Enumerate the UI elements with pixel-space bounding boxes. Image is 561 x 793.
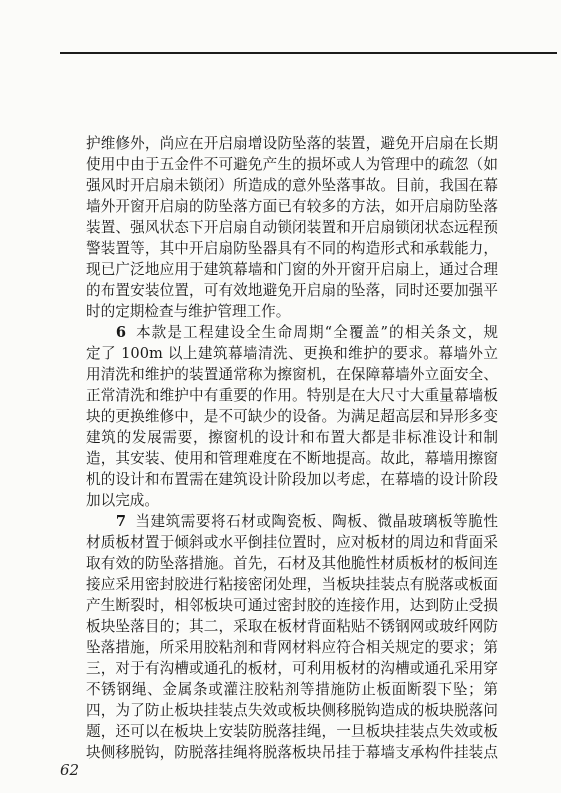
text-line: 机的设计和布置需在建筑设计阶段加以考虑，在幕墙的设计阶段 [86,469,498,490]
text-line: 材质板材置于倾斜或水平倒挂位置时，应对板材的周边和背面采 [86,532,498,553]
text-line: 现已广泛地应用于建筑幕墙和门窗的外开窗开启扇上，通过合理 [86,259,498,280]
header-rule [60,52,557,54]
text-line: 坠落措施，所采用胶粘剂和背网材料应符合相关规定的要求；第 [86,637,498,658]
text-line: 用清洗和维护的装置通常称为擦窗机，在保障幕墙外立面安全、 [86,364,498,385]
page-number: 62 [60,761,79,779]
text-line: 取有效的防坠落措施。首先，石材及其他脆性材质板材的板间连 [86,553,498,574]
clause-number: 6 [116,324,126,341]
document-page: 护维修外，尚应在开启扇增设防坠落的装置，避免开启扇在长期使用中由于五金件不可避免… [0,0,561,793]
text-line: 装置、强风状态下开启扇自动锁闭装置和开启扇锁闭状态远程预 [86,217,498,238]
text-line: 加以完成。 [86,490,498,511]
text-line: 墙外开窗开启扇的防坠落方面已有较多的方法，如开启扇防坠落 [86,196,498,217]
text-line: 6本款是工程建设全生命周期“全覆盖”的相关条文，规 [86,322,498,343]
text-line: 板块坠落目的；其二，采取在板材背面粘贴不锈钢网或玻纤网防 [86,616,498,637]
body-text: 护维修外，尚应在开启扇增设防坠落的装置，避免开启扇在长期使用中由于五金件不可避免… [86,133,498,763]
text-line: 建筑的发展需要，擦窗机的设计和布置大都是非标准设计和制 [86,427,498,448]
text-line: 产生断裂时，相邻板块可通过密封胶的连接作用，达到防止受损 [86,595,498,616]
clause-number: 7 [116,513,126,530]
text-line: 三，对于有沟槽或通孔的板材，可利用板材的沟槽或通孔采用穿 [86,658,498,679]
text-line: 块侧移脱钩，防脱落挂绳将脱落板块吊挂于幕墙支承构件挂装点 [86,742,498,763]
text-line: 警装置等，其中开启扇防坠器具有不同的构造形式和承载能力， [86,238,498,259]
text-line: 护维修外，尚应在开启扇增设防坠落的装置，避免开启扇在长期 [86,133,498,154]
text-line: 7当建筑需要将石材或陶瓷板、陶板、微晶玻璃板等脆性 [86,511,498,532]
text-line: 造，其安装、使用和管理难度在不断地提高。故此，幕墙用擦窗 [86,448,498,469]
text-line: 的布置安装位置，可有效地避免开启扇的坠落，同时还要加强平 [86,280,498,301]
text-line: 强风时开启扇未锁闭）所造成的意外坠落事故。目前，我国在幕 [86,175,498,196]
text-line: 题，还可以在板块上安装防脱落挂绳，一旦板块挂装点失效或板 [86,721,498,742]
text-line: 四，为了防止板块挂装点失效或板块侧移脱钩造成的板块脱落问 [86,700,498,721]
text-line: 正常清洗和维护中有重要的作用。特别是在大尺寸大重量幕墙板 [86,385,498,406]
text-line: 块的更换维修中，是不可缺少的设备。为满足超高层和异形多变 [86,406,498,427]
text-line: 接应采用密封胶进行粘接密闭处理，当板块挂装点有脱落或板面 [86,574,498,595]
text-line: 不锈钢绳、金属条或灌注胶粘剂等措施防止板面断裂下坠；第 [86,679,498,700]
text-line: 时的定期检查与维护管理工作。 [86,301,498,322]
text-line: 使用中由于五金件不可避免产生的损坏或人为管理中的疏忽（如 [86,154,498,175]
text-line: 定了 100m 以上建筑幕墙清洗、更换和维护的要求。幕墙外立面 [86,343,498,364]
